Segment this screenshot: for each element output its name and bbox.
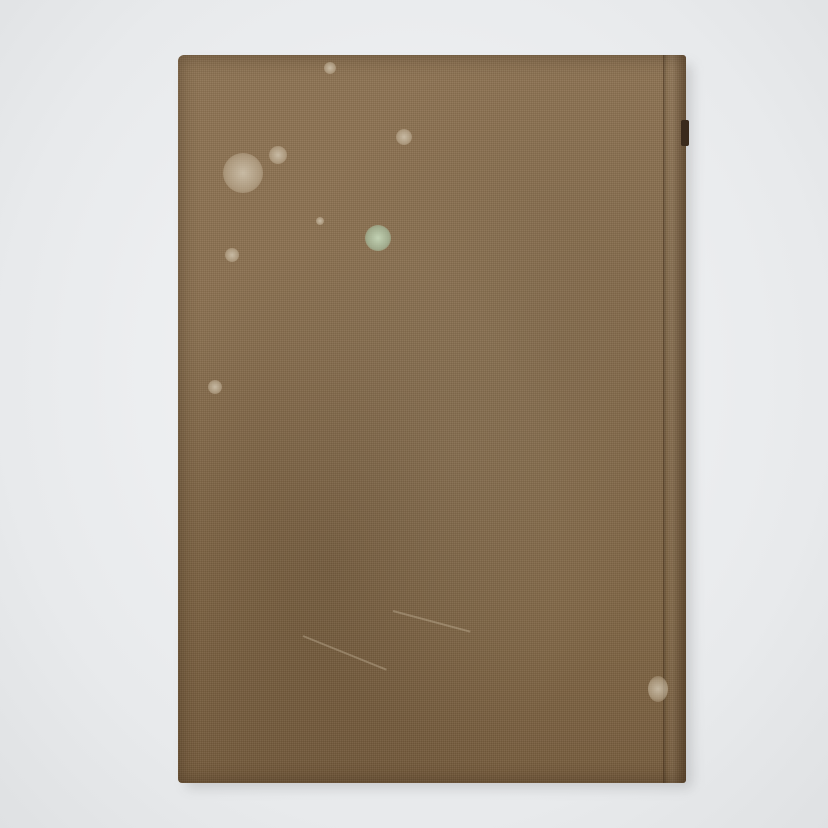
stain-spot (223, 153, 263, 193)
scuff-mark (303, 635, 387, 671)
book-back-cover (178, 55, 686, 783)
stain-spot-green (365, 225, 391, 251)
book-spine-edge (663, 55, 686, 783)
stain-spot (324, 62, 336, 74)
stain-spot (208, 380, 222, 394)
stain-spot (396, 129, 412, 145)
spine-tear (681, 120, 689, 146)
stain-spot (225, 248, 239, 262)
scuff-mark (393, 610, 471, 633)
stain-spot (269, 146, 287, 164)
stain-spot (316, 217, 324, 225)
stain-spot (648, 676, 668, 702)
